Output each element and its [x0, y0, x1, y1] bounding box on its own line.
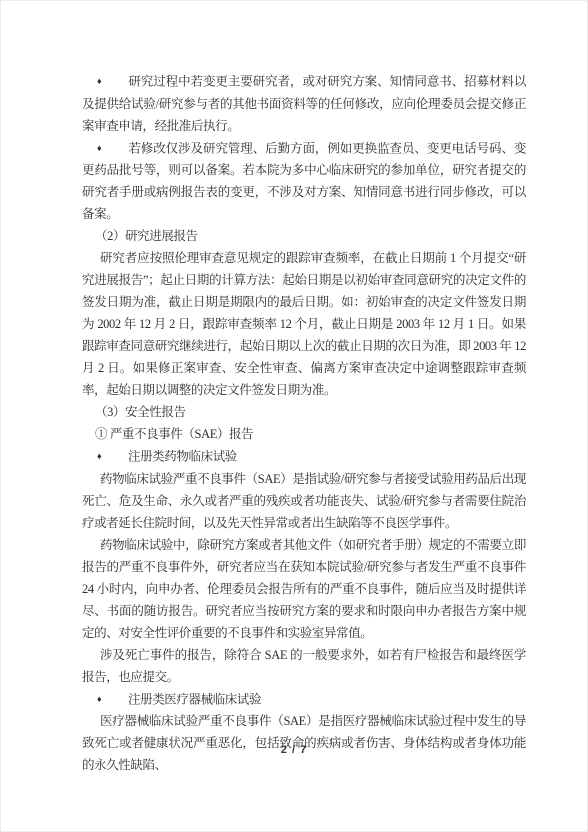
bullet-list-item: ♦研究过程中若变更主要研究者，或对研究方案、知情同意书、招募材料以及提供给试验/… [82, 70, 526, 137]
body-paragraph: 研究者应按照伦理审查意见规定的跟踪审查频率，在截止日期前 1 个月提交“研究进展… [82, 247, 526, 401]
document-content: ♦研究过程中若变更主要研究者，或对研究方案、知情同意书、招募材料以及提供给试验/… [82, 70, 526, 776]
bullet-list-item: ♦若修改仅涉及研究管理、后勤方面，例如更换监查员、变更电话号码、变更药品批号等，… [82, 137, 526, 226]
bullet-list-item: ♦注册类药物临床试验 [82, 445, 526, 468]
bullet-list-item-text: 研究过程中若变更主要研究者，或对研究方案、知情同意书、招募材料以及提供给试验/研… [82, 75, 526, 133]
sub-section-heading: ① 严重不良事件（SAE）报告 [82, 423, 526, 445]
section-heading: （2）研究进展报告 [82, 225, 526, 247]
body-paragraph: 药物临床试验严重不良事件（SAE）是指试验/研究参与者接受试验用药品后出现死亡、… [82, 468, 526, 534]
body-paragraph: 涉及死亡事件的报告，除符合 SAE 的一般要求外，如若有尸检报告和最终医学报告，… [82, 644, 526, 688]
bullet-list-item-text: 注册类医疗器械临床试验 [128, 692, 261, 706]
section-heading: （3）安全性报告 [82, 401, 526, 423]
bullet-diamond-icon: ♦ [97, 688, 128, 710]
bullet-diamond-icon: ♦ [97, 137, 128, 159]
bullet-list-item-text: 若修改仅涉及研究管理、后勤方面，例如更换监查员、变更电话号码、变更药品批号等，则… [82, 141, 526, 221]
bullet-diamond-icon: ♦ [97, 70, 128, 92]
body-paragraph: 医疗器械临床试验严重不良事件（SAE）是指医疗器械临床试验过程中发生的导致死亡或… [82, 710, 526, 776]
bullet-list-item-text: 注册类药物临床试验 [128, 450, 237, 464]
body-paragraph: 药物临床试验中，除研究方案或者其他文件（如研究者手册）规定的不需要立即报告的严重… [82, 534, 526, 644]
bullet-list-item: ♦注册类医疗器械临床试验 [82, 688, 526, 711]
document-viewport: { "document": { "language": "zh-CN", "bu… [0, 0, 588, 832]
document-page: ♦研究过程中若变更主要研究者，或对研究方案、知情同意书、招募材料以及提供给试验/… [0, 0, 588, 832]
bullet-diamond-icon: ♦ [97, 445, 128, 467]
page-number: 2 / 7 [1, 744, 587, 756]
